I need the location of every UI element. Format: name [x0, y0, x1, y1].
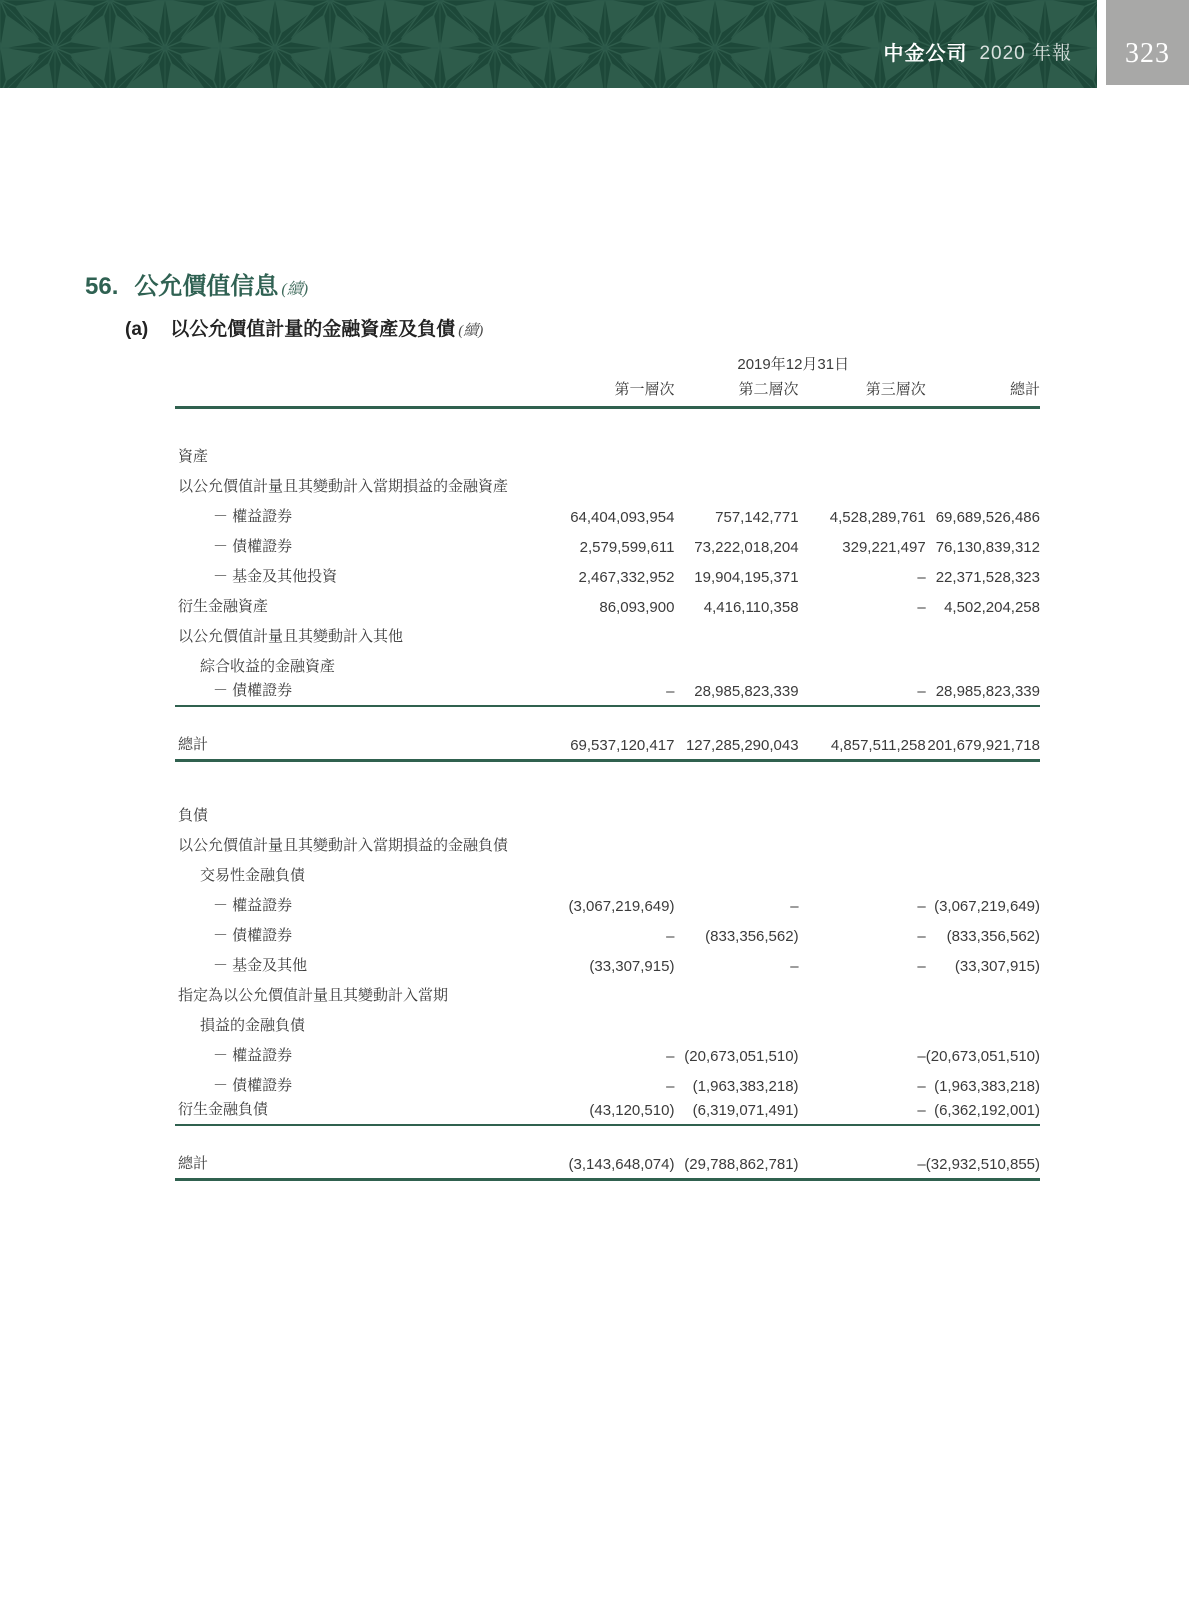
column-header-level2: 第二層次 — [674, 378, 798, 408]
cell-value: 19,904,195,371 — [674, 556, 798, 586]
cell-value: – — [799, 945, 926, 975]
cell-value — [546, 1005, 674, 1035]
row-label: － 債權證券 — [175, 676, 546, 706]
table-row: － 權益證券(3,067,219,649)––(3,067,219,649) — [175, 885, 1040, 915]
report-page: 中金公司 2020 年報 323 56.公允價值信息(續) (a)以公允價值計量… — [0, 0, 1190, 1615]
cell-value — [926, 408, 1040, 467]
row-label: 交易性金融負債 — [175, 855, 546, 885]
cell-value: (3,067,219,649) — [926, 885, 1040, 915]
table-row: 資產 — [175, 408, 1040, 467]
table-row: 綜合收益的金融資產 — [175, 646, 1040, 676]
cell-value: (29,788,862,781) — [674, 1125, 798, 1180]
cell-value: 28,985,823,339 — [926, 676, 1040, 706]
cell-value — [546, 825, 674, 855]
row-label: 總計 — [175, 706, 546, 761]
table-row: 衍生金融資產86,093,9004,416,110,358–4,502,204,… — [175, 586, 1040, 616]
cell-value — [926, 761, 1040, 826]
table-row: － 債權證券–28,985,823,339–28,985,823,339 — [175, 676, 1040, 706]
cell-value: (33,307,915) — [546, 945, 674, 975]
cell-value — [546, 408, 674, 467]
cell-value: 757,142,771 — [674, 496, 798, 526]
cell-value: 4,502,204,258 — [926, 586, 1040, 616]
cell-value: – — [799, 885, 926, 915]
cell-value: 69,689,526,486 — [926, 496, 1040, 526]
section-continued-marker: (續) — [281, 281, 308, 298]
row-label: － 債權證券 — [175, 915, 546, 945]
row-label: 損益的金融負債 — [175, 1005, 546, 1035]
brand-name: 中金公司 — [883, 37, 967, 66]
cell-value — [799, 825, 926, 855]
cell-value: (833,356,562) — [926, 915, 1040, 945]
table-row: 總計(3,143,648,074)(29,788,862,781)–(32,93… — [175, 1125, 1040, 1180]
cell-value: (20,673,051,510) — [926, 1035, 1040, 1065]
cell-value — [926, 646, 1040, 676]
cell-value — [926, 855, 1040, 885]
cell-value — [674, 975, 798, 1005]
subsection-heading: (a)以公允價值計量的金融資產及負債(續) — [125, 314, 483, 341]
table-row: 以公允價值計量且其變動計入當期損益的金融資產 — [175, 466, 1040, 496]
cell-value — [926, 616, 1040, 646]
row-label: 以公允價值計量且其變動計入當期損益的金融資產 — [175, 466, 546, 496]
cell-value: 22,371,528,323 — [926, 556, 1040, 586]
cell-value: (32,932,510,855) — [926, 1125, 1040, 1180]
cell-value — [546, 975, 674, 1005]
cell-value — [674, 408, 798, 467]
cell-value: 76,130,839,312 — [926, 526, 1040, 556]
cell-value — [799, 761, 926, 826]
cell-value: – — [799, 1035, 926, 1065]
row-label: 負債 — [175, 761, 546, 826]
cell-value — [546, 616, 674, 646]
cell-value — [674, 761, 798, 826]
cell-value — [799, 616, 926, 646]
cell-value — [926, 975, 1040, 1005]
table-row: 損益的金融負債 — [175, 1005, 1040, 1035]
row-label: 以公允價值計量且其變動計入其他 — [175, 616, 546, 646]
cell-value: – — [546, 1065, 674, 1095]
table-row: 衍生金融負債(43,120,510)(6,319,071,491)–(6,362… — [175, 1095, 1040, 1125]
cell-value — [799, 646, 926, 676]
cell-value: (1,963,383,218) — [674, 1065, 798, 1095]
cell-value: (3,143,648,074) — [546, 1125, 674, 1180]
cell-value: – — [799, 586, 926, 616]
table-row: － 債權證券–(1,963,383,218)–(1,963,383,218) — [175, 1065, 1040, 1095]
cell-value — [926, 1005, 1040, 1035]
cell-value: (33,307,915) — [926, 945, 1040, 975]
cell-value — [799, 1005, 926, 1035]
empty-header-cell — [175, 378, 546, 408]
cell-value — [546, 646, 674, 676]
cell-value: (3,067,219,649) — [546, 885, 674, 915]
table-row: － 債權證券2,579,599,61173,222,018,204329,221… — [175, 526, 1040, 556]
cell-value — [799, 408, 926, 467]
row-label: 以公允價值計量且其變動計入當期損益的金融負債 — [175, 825, 546, 855]
cell-value: – — [546, 1035, 674, 1065]
cell-value — [674, 855, 798, 885]
cell-value: 329,221,497 — [799, 526, 926, 556]
cell-value: (20,673,051,510) — [674, 1035, 798, 1065]
cell-value: 86,093,900 — [546, 586, 674, 616]
cell-value: (833,356,562) — [674, 915, 798, 945]
cell-value — [799, 975, 926, 1005]
banner-brand: 中金公司 2020 年報 — [0, 0, 1097, 88]
cell-value — [674, 466, 798, 496]
table-row: － 基金及其他投資2,467,332,95219,904,195,371–22,… — [175, 556, 1040, 586]
row-label: － 債權證券 — [175, 1065, 546, 1095]
section-number: 56. — [85, 273, 118, 300]
column-header-total: 總計 — [926, 378, 1040, 408]
subsection-continued-marker: (續) — [458, 323, 483, 339]
cell-value — [674, 825, 798, 855]
row-label: － 基金及其他 — [175, 945, 546, 975]
subsection-title: 以公允價值計量的金融資產及負債 — [170, 319, 455, 340]
table-row: 負債 — [175, 761, 1040, 826]
cell-value: – — [546, 676, 674, 706]
row-label: 資產 — [175, 408, 546, 467]
cell-value: – — [674, 885, 798, 915]
date-column-group-header: 2019年12月31日 — [546, 352, 1040, 378]
cell-value: – — [799, 915, 926, 945]
cell-value: (43,120,510) — [546, 1095, 674, 1125]
cell-value: (1,963,383,218) — [926, 1065, 1040, 1095]
section-title: 公允價值信息 — [134, 273, 278, 300]
table-row: 總計69,537,120,417127,285,290,0434,857,511… — [175, 706, 1040, 761]
cell-value — [674, 646, 798, 676]
table-row: － 權益證券–(20,673,051,510)–(20,673,051,510) — [175, 1035, 1040, 1065]
column-header-level3: 第三層次 — [799, 378, 926, 408]
row-label: － 權益證券 — [175, 885, 546, 915]
cell-value: 2,579,599,611 — [546, 526, 674, 556]
row-label: － 基金及其他投資 — [175, 556, 546, 586]
table-row: － 債權證券–(833,356,562)–(833,356,562) — [175, 915, 1040, 945]
cell-value: 69,537,120,417 — [546, 706, 674, 761]
row-label: 指定為以公允價值計量且其變動計入當期 — [175, 975, 546, 1005]
cell-value: – — [674, 945, 798, 975]
cell-value: – — [799, 676, 926, 706]
row-label: － 權益證券 — [175, 1035, 546, 1065]
fair-value-table: 2019年12月31日 第一層次 第二層次 第三層次 總計 資產以公允價值計量且… — [175, 352, 1040, 1181]
table-row: 指定為以公允價值計量且其變動計入當期 — [175, 975, 1040, 1005]
cell-value: 73,222,018,204 — [674, 526, 798, 556]
subsection-label: (a) — [125, 319, 148, 340]
cell-value — [546, 466, 674, 496]
cell-value: 4,857,511,258 — [799, 706, 926, 761]
cell-value: 4,416,110,358 — [674, 586, 798, 616]
cell-value: 64,404,093,954 — [546, 496, 674, 526]
cell-value — [799, 466, 926, 496]
page-number: 323 — [1125, 38, 1170, 70]
empty-header-cell — [175, 352, 546, 378]
section-heading: 56.公允價值信息(續) — [85, 266, 308, 301]
cell-value — [926, 466, 1040, 496]
page-header-banner: 中金公司 2020 年報 — [0, 0, 1097, 88]
row-label: － 權益證券 — [175, 496, 546, 526]
cell-value — [926, 825, 1040, 855]
row-label: 衍生金融負債 — [175, 1095, 546, 1125]
table-row: 以公允價值計量且其變動計入其他 — [175, 616, 1040, 646]
column-header-row: 第一層次 第二層次 第三層次 總計 — [175, 378, 1040, 408]
cell-value — [546, 855, 674, 885]
cell-value — [674, 616, 798, 646]
table-row: － 基金及其他(33,307,915)––(33,307,915) — [175, 945, 1040, 975]
cell-value: 2,467,332,952 — [546, 556, 674, 586]
cell-value: – — [546, 915, 674, 945]
table-row: － 權益證券64,404,093,954757,142,7714,528,289… — [175, 496, 1040, 526]
cell-value: 4,528,289,761 — [799, 496, 926, 526]
cell-value: – — [799, 1125, 926, 1180]
cell-value: (6,319,071,491) — [674, 1095, 798, 1125]
table-row: 以公允價值計量且其變動計入當期損益的金融負債 — [175, 825, 1040, 855]
table-row: 交易性金融負債 — [175, 855, 1040, 885]
cell-value — [546, 761, 674, 826]
row-label: － 債權證券 — [175, 526, 546, 556]
report-edition: 2020 年報 — [979, 38, 1072, 65]
cell-value: (6,362,192,001) — [926, 1095, 1040, 1125]
date-header-row: 2019年12月31日 — [175, 352, 1040, 378]
cell-value: – — [799, 556, 926, 586]
cell-value: 127,285,290,043 — [674, 706, 798, 761]
page-number-box: 323 — [1106, 0, 1189, 85]
cell-value — [674, 1005, 798, 1035]
row-label: 衍生金融資產 — [175, 586, 546, 616]
cell-value: 28,985,823,339 — [674, 676, 798, 706]
row-label: 綜合收益的金融資產 — [175, 646, 546, 676]
column-header-level1: 第一層次 — [546, 378, 674, 408]
cell-value: – — [799, 1095, 926, 1125]
cell-value: – — [799, 1065, 926, 1095]
row-label: 總計 — [175, 1125, 546, 1180]
cell-value — [799, 855, 926, 885]
cell-value: 201,679,921,718 — [926, 706, 1040, 761]
